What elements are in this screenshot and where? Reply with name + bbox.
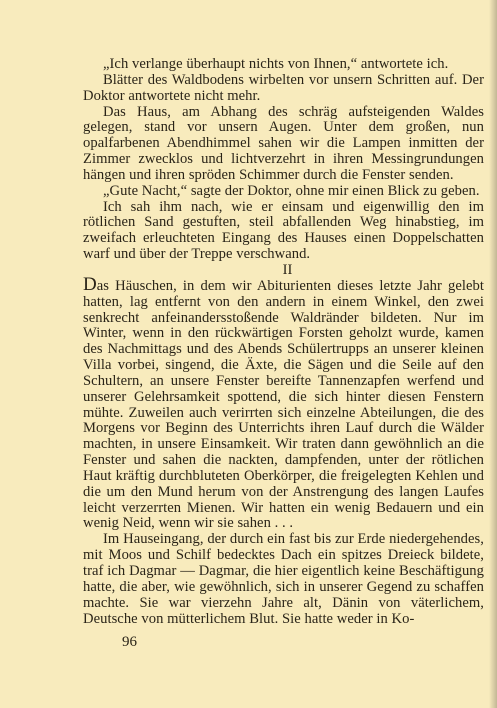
page-edge-shadow — [489, 0, 497, 708]
paragraph: „Gute Nacht,“ sagte der Doktor, ohne mir… — [83, 184, 484, 200]
section-heading: II — [83, 263, 484, 279]
drop-initial: D — [83, 274, 97, 295]
paragraph: „Ich verlange überhaupt nichts von Ihnen… — [83, 57, 484, 73]
paragraph: Das Haus, am Abhang des schräg aufsteige… — [83, 105, 484, 184]
paragraph: Das Häuschen, in dem wir Abiturienten di… — [83, 279, 484, 533]
paragraph: Ich sah ihm nach, wie er einsam und eige… — [83, 200, 484, 263]
book-page-text: „Ich verlange überhaupt nichts von Ihnen… — [83, 57, 484, 627]
paragraph: Blätter des Waldbodens wirbelten vor uns… — [83, 73, 484, 105]
paragraph: Im Hauseingang, der durch ein fast bis z… — [83, 532, 484, 627]
page-number: 96 — [122, 634, 137, 651]
paragraph-text: as Häuschen, in dem wir Abiturienten die… — [83, 278, 484, 532]
